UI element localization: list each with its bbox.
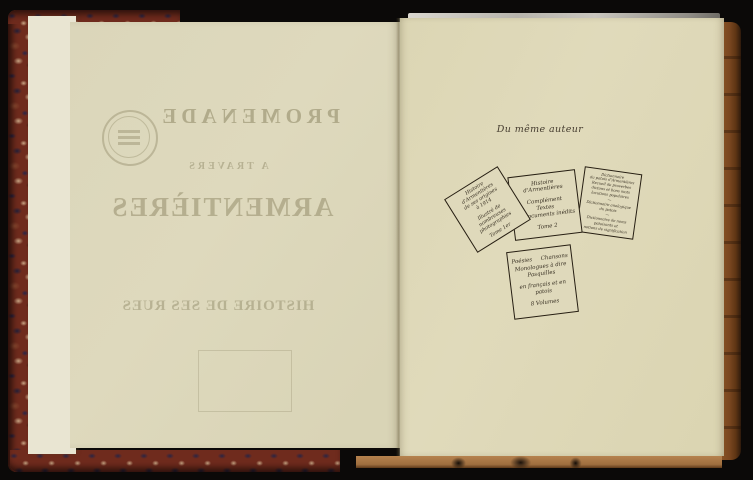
flyleaf-page-edge	[28, 16, 76, 454]
stamp-bar	[118, 136, 140, 139]
card-line: 8 Volumes	[516, 297, 573, 311]
work-card-dictionnaire-patois: Dictionnairedu patois d'ArmentièresRecue…	[576, 166, 643, 239]
stamp-bar	[118, 142, 140, 145]
work-card-poesies-chansons: Poésies ChansonsMonologues à direPasquil…	[506, 244, 579, 319]
ghost-ornament-box	[198, 350, 292, 412]
page-block-bottom-edge	[356, 456, 722, 468]
ghost-title-line-1: PROMENADE	[160, 104, 340, 129]
right-page: Du même auteur Histoired'Armentièresde s…	[400, 18, 724, 456]
ghost-title-line-2: A TRAVERS	[175, 161, 280, 172]
ghost-title-line-4: HISTOIRE DE SES RUES	[88, 298, 348, 315]
ghost-title-line-3: ARMENTIÈRES	[82, 192, 362, 223]
stamp-bar	[118, 130, 140, 133]
stamp-ghost-icon	[102, 110, 158, 166]
left-page: PROMENADE A TRAVERS ARMENTIÈRES HISTOIRE…	[70, 22, 400, 448]
scanned-book-spread: PROMENADE A TRAVERS ARMENTIÈRES HISTOIRE…	[0, 0, 753, 480]
page-heading: Du même auteur	[495, 124, 585, 135]
card-line: en français et en patois	[514, 279, 572, 300]
